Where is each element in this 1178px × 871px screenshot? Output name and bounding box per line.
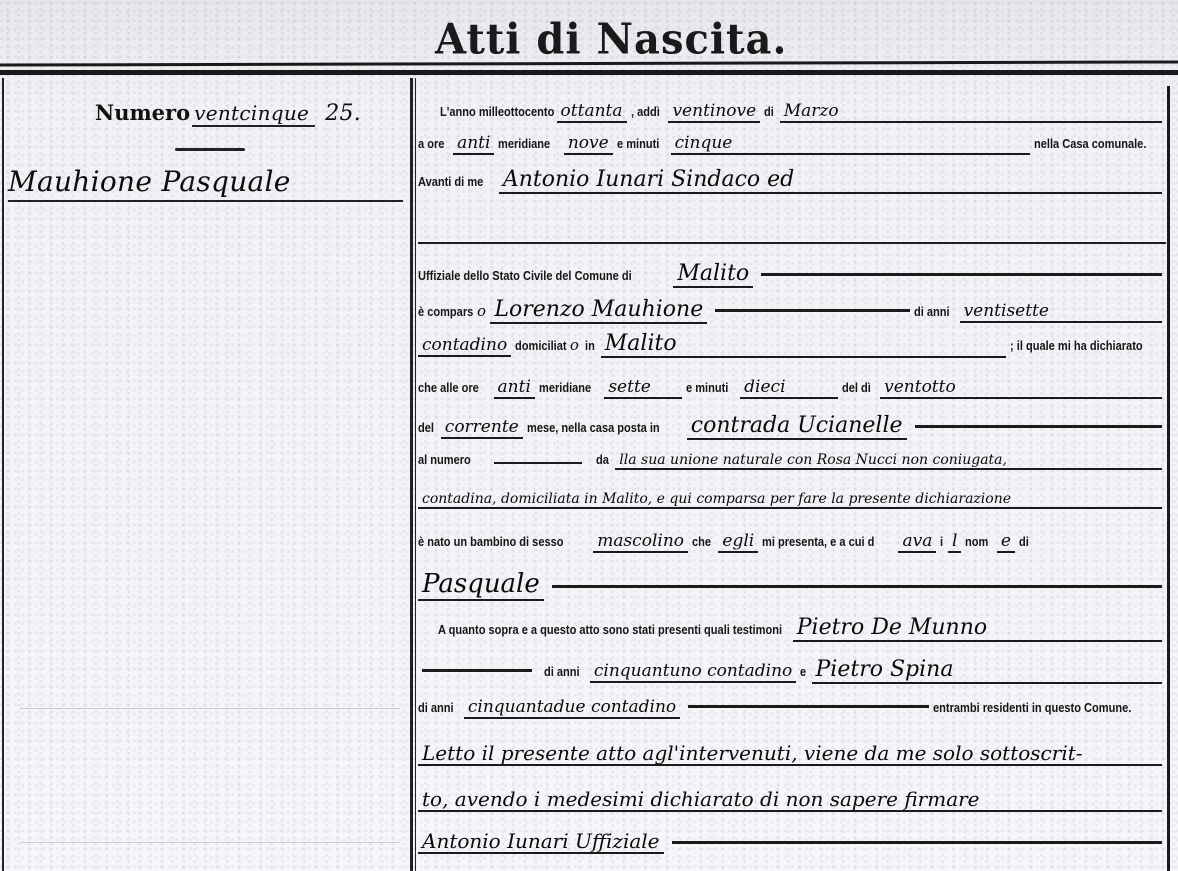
- printed-text: e: [800, 664, 806, 679]
- handwritten-sex: mascolino: [593, 532, 688, 553]
- form-line-closing-2: to, avendo i medesimi dichiarato di non …: [418, 788, 1166, 812]
- printed-text: domiciliat: [515, 338, 567, 353]
- printed-text: L'anno milleottocento: [440, 104, 554, 119]
- form-line-mother: contadina, domiciliata in Malito, e qui …: [418, 492, 1166, 509]
- fill-dash: [715, 309, 909, 312]
- fill-dash: [552, 585, 1162, 588]
- numero-label: Numero: [95, 100, 190, 125]
- printed-text: i: [940, 534, 943, 549]
- form-line-child-name: Pasquale: [418, 570, 1166, 601]
- page-title: Atti di Nascita.: [435, 15, 787, 64]
- handwritten-suffix: e: [997, 532, 1015, 553]
- printed-text: nom: [965, 534, 988, 549]
- fill-dash: [422, 669, 532, 672]
- printed-text: mi presenta, e a cui d: [762, 534, 874, 549]
- handwritten-declarant-age: ventisette: [960, 302, 1162, 323]
- margin-registrant-name: Mauhione Pasquale: [8, 165, 403, 202]
- handwritten-declarant-name: Lorenzo Mauhione: [490, 298, 707, 324]
- handwritten-minutes: dieci: [740, 378, 838, 399]
- fill-dash: [761, 273, 1162, 276]
- handwritten-anti: anti: [494, 378, 535, 399]
- form-line-comune: Uffiziale dello Stato Civile del Comune …: [418, 262, 1166, 288]
- printed-text: meridiane: [498, 136, 550, 151]
- left-border: [2, 78, 4, 871]
- form-line-declarant: è compars o Lorenzo Mauhione di anni ven…: [418, 298, 1166, 324]
- printed-text: , addì: [631, 104, 660, 119]
- column-divider: [410, 78, 413, 871]
- numero-value: ventcinque: [192, 101, 315, 127]
- handwritten-child-name: Pasquale: [418, 570, 544, 601]
- form-line-signature: Antonio Iunari Uffiziale: [418, 830, 1166, 854]
- handwritten-month: Marzo: [780, 102, 1162, 123]
- right-border: [1167, 86, 1170, 871]
- handwritten-day: ventinove: [668, 102, 760, 123]
- printed-text: di anni: [418, 700, 454, 715]
- printed-text: e minuti: [617, 136, 659, 151]
- handwritten-mother-domicile: contadina, domiciliata in Malito, e qui …: [418, 492, 1162, 509]
- handwritten-hour: sette: [604, 378, 682, 399]
- printed-text: entrambi residenti in questo Comune.: [933, 700, 1131, 715]
- form-line-domicile: contadino domiciliat o in Malito ; il qu…: [418, 332, 1166, 358]
- printed-text: del dì: [842, 380, 871, 395]
- fill-dash: [915, 425, 1163, 428]
- handwritten-witness-1: Pietro De Munno: [793, 616, 1162, 642]
- printed-text: è compars: [418, 304, 473, 319]
- printed-text: da: [596, 452, 609, 467]
- handwritten-witness-2-age: cinquantadue contadino: [464, 698, 680, 719]
- handwritten-suffix: o: [570, 336, 579, 354]
- handwritten-witness-1-age: cinquantuno contadino: [590, 662, 796, 683]
- handwritten-day: ventotto: [880, 378, 1162, 399]
- column-divider-inner: [415, 78, 416, 871]
- handwritten-occupation: contadino: [418, 336, 511, 357]
- form-line-time: a ore anti meridiane nove e minuti cinqu…: [418, 134, 1166, 155]
- faded-bleed-line: [20, 708, 400, 709]
- form-line-year-date: L'anno milleottocento ottanta , addì ven…: [418, 102, 1166, 123]
- fill-dash: [672, 841, 1163, 844]
- printed-text: a ore: [418, 136, 444, 151]
- form-line-birth-time: che alle ore anti meridiane sette e minu…: [418, 378, 1166, 399]
- faded-bleed-line: [20, 842, 400, 843]
- form-line-witness-ages: di anni cinquantuno contadino e Pietro S…: [418, 658, 1166, 684]
- printed-text: è nato un bambino di sesso: [418, 534, 564, 549]
- handwritten-closing-text: Letto il presente atto agl'intervenuti, …: [418, 742, 1162, 766]
- section-separator: [418, 242, 1166, 244]
- numero-digits: 25.: [325, 101, 361, 126]
- printed-text: mese, nella casa posta in: [527, 420, 660, 435]
- handwritten-closing-text: to, avendo i medesimi dichiarato di non …: [418, 788, 1162, 812]
- fill-dash: [688, 705, 929, 708]
- printed-text: e minuti: [686, 380, 728, 395]
- handwritten-signature: Antonio Iunari Uffiziale: [418, 830, 664, 854]
- form-line-closing-1: Letto il presente atto agl'intervenuti, …: [418, 742, 1166, 766]
- handwritten-officer-name: Antonio Iunari Sindaco ed: [499, 168, 1162, 194]
- handwritten-witness-2: Pietro Spina: [812, 658, 1163, 684]
- printed-text: meridiane: [539, 380, 591, 395]
- printed-text: nella Casa comunale.: [1034, 136, 1146, 151]
- printed-text: Avanti di me: [418, 174, 483, 189]
- handwritten-domicile: Malito: [601, 332, 1006, 358]
- printed-text: di: [764, 104, 774, 119]
- handwritten-anti: anti: [453, 134, 494, 155]
- form-line-house: del corrente mese, nella casa posta in c…: [418, 414, 1166, 440]
- handwritten-year: ottanta: [557, 102, 627, 123]
- handwritten-verb: ava: [898, 532, 936, 553]
- handwritten-comune: Malito: [673, 262, 753, 288]
- handwritten-month-ref: corrente: [441, 418, 523, 439]
- printed-text: al numero: [418, 452, 471, 467]
- handwritten-house-number: [494, 462, 582, 464]
- handwritten-hour: nove: [564, 134, 613, 155]
- printed-text: di anni: [544, 664, 580, 679]
- form-line-officer: Avanti di me Antonio Iunari Sindaco ed: [418, 168, 1166, 194]
- printed-text: di: [1019, 534, 1029, 549]
- printed-text: ; il quale mi ha dichiarato: [1010, 338, 1143, 353]
- printed-text: di anni: [914, 304, 950, 319]
- printed-text: Uffiziale dello Stato Civile del Comune …: [418, 268, 632, 283]
- form-line-residence: di anni cinquantadue contadino entrambi …: [418, 698, 1166, 719]
- flourish-divider: [175, 148, 245, 151]
- handwritten-minutes: cinque: [671, 134, 1030, 155]
- handwritten-presenter: egli: [718, 532, 758, 553]
- printed-text: del: [418, 420, 434, 435]
- form-line-number: al numero da lla sua unione naturale con…: [418, 452, 1166, 470]
- header-rule-bottom: [0, 70, 1178, 75]
- form-line-child-sex: è nato un bambino di sesso mascolino che…: [418, 532, 1166, 553]
- handwritten-article: l: [948, 532, 961, 553]
- form-line-witnesses: A quanto sopra e a questo atto sono stat…: [418, 616, 1166, 642]
- printed-text: che: [692, 534, 711, 549]
- record-number: Numero ventcinque 25.: [95, 100, 361, 127]
- printed-text: che alle ore: [418, 380, 479, 395]
- handwritten-suffix: o: [477, 302, 486, 320]
- printed-text: in: [585, 338, 595, 353]
- printed-text: A quanto sopra e a questo atto sono stat…: [438, 622, 782, 637]
- handwritten-location: contrada Ucianelle: [687, 414, 907, 440]
- handwritten-mother-info: lla sua unione naturale con Rosa Nucci n…: [615, 453, 1162, 470]
